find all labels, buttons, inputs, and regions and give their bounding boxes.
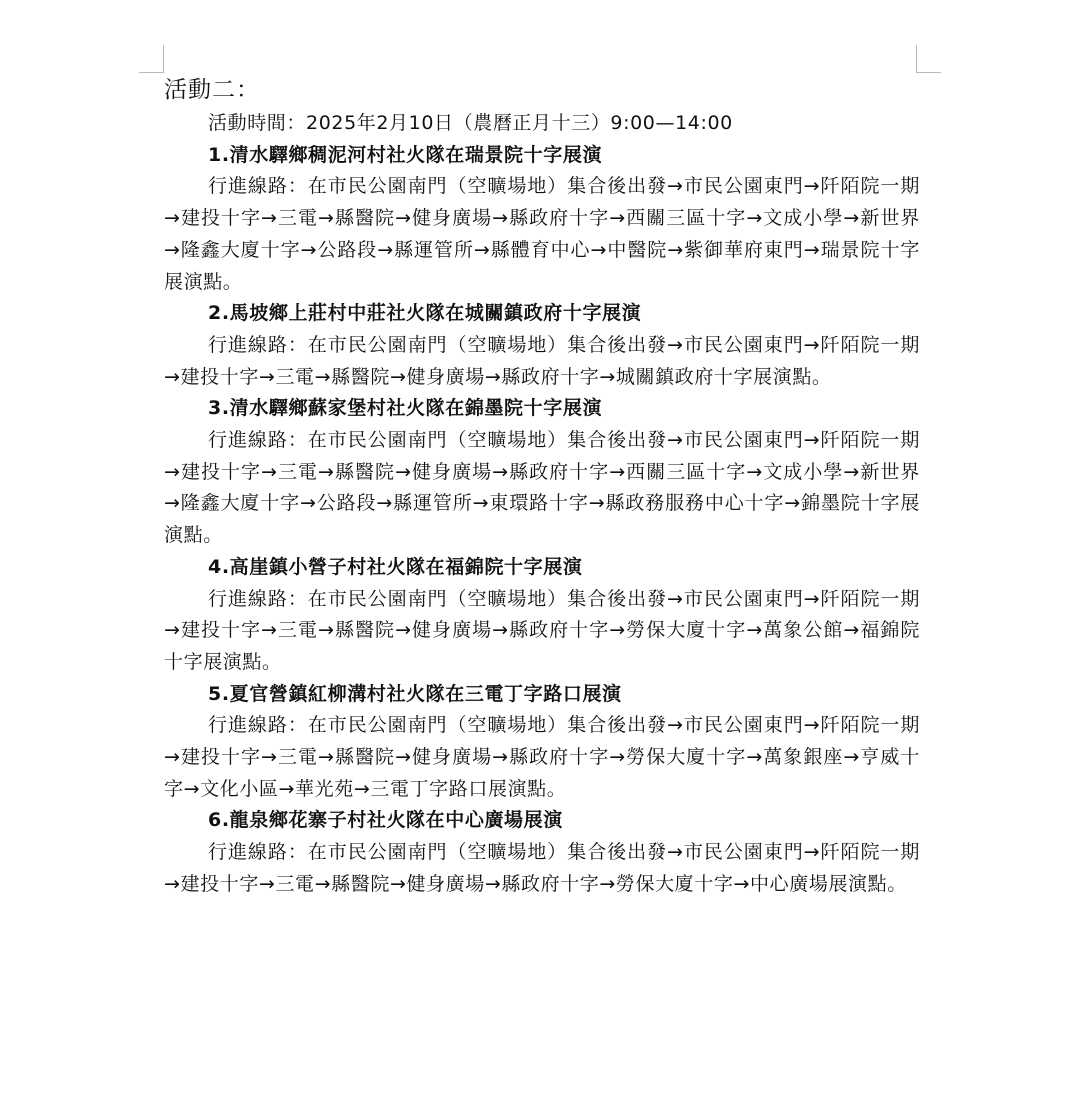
section-route: 行進線路：在市民公園南門（空曠場地）集合後出發→市民公園東門→阡陌院一期→建投十… [164, 330, 920, 393]
section-route: 行進線路：在市民公園南門（空曠場地）集合後出發→市民公園東門→阡陌院一期→建投十… [164, 837, 920, 900]
section-heading: 5.夏官營鎮紅柳溝村社火隊在三電丁字路口展演 [164, 679, 920, 711]
section-heading: 1.清水驛鄉稠泥河村社火隊在瑞景院十字展演 [164, 140, 920, 172]
section-route: 行進線路：在市民公園南門（空曠場地）集合後出發→市民公園東門→阡陌院一期→建投十… [164, 584, 920, 679]
section-1: 1.清水驛鄉稠泥河村社火隊在瑞景院十字展演 行進線路：在市民公園南門（空曠場地）… [164, 140, 920, 299]
document-page: 活動二： 活動時間：2025年2月10日（農曆正月十三）9:00—14:00 1… [164, 72, 920, 901]
section-2: 2.馬坡鄉上莊村中莊社火隊在城關鎮政府十字展演 行進線路：在市民公園南門（空曠場… [164, 298, 920, 393]
section-4: 4.高崖鎮小營子村社火隊在福錦院十字展演 行進線路：在市民公園南門（空曠場地）集… [164, 552, 920, 679]
event-time: 活動時間：2025年2月10日（農曆正月十三）9:00—14:00 [164, 108, 920, 140]
section-route: 行進線路：在市民公園南門（空曠場地）集合後出發→市民公園東門→阡陌院一期→建投十… [164, 710, 920, 805]
section-heading: 6.龍泉鄉花寨子村社火隊在中心廣場展演 [164, 805, 920, 837]
section-route: 行進線路：在市民公園南門（空曠場地）集合後出發→市民公園東門→阡陌院一期→建投十… [164, 171, 920, 298]
section-route: 行進線路：在市民公園南門（空曠場地）集合後出發→市民公園東門→阡陌院一期→建投十… [164, 425, 920, 552]
page-corner-mark-top-right [916, 45, 941, 73]
section-heading: 4.高崖鎮小營子村社火隊在福錦院十字展演 [164, 552, 920, 584]
section-3: 3.清水驛鄉蘇家堡村社火隊在錦墨院十字展演 行進線路：在市民公園南門（空曠場地）… [164, 393, 920, 552]
section-heading: 3.清水驛鄉蘇家堡村社火隊在錦墨院十字展演 [164, 393, 920, 425]
section-6: 6.龍泉鄉花寨子村社火隊在中心廣場展演 行進線路：在市民公園南門（空曠場地）集合… [164, 805, 920, 900]
section-heading: 2.馬坡鄉上莊村中莊社火隊在城關鎮政府十字展演 [164, 298, 920, 330]
section-5: 5.夏官營鎮紅柳溝村社火隊在三電丁字路口展演 行進線路：在市民公園南門（空曠場地… [164, 679, 920, 806]
page-corner-mark-top-left [139, 45, 164, 73]
document-title: 活動二： [164, 72, 920, 108]
